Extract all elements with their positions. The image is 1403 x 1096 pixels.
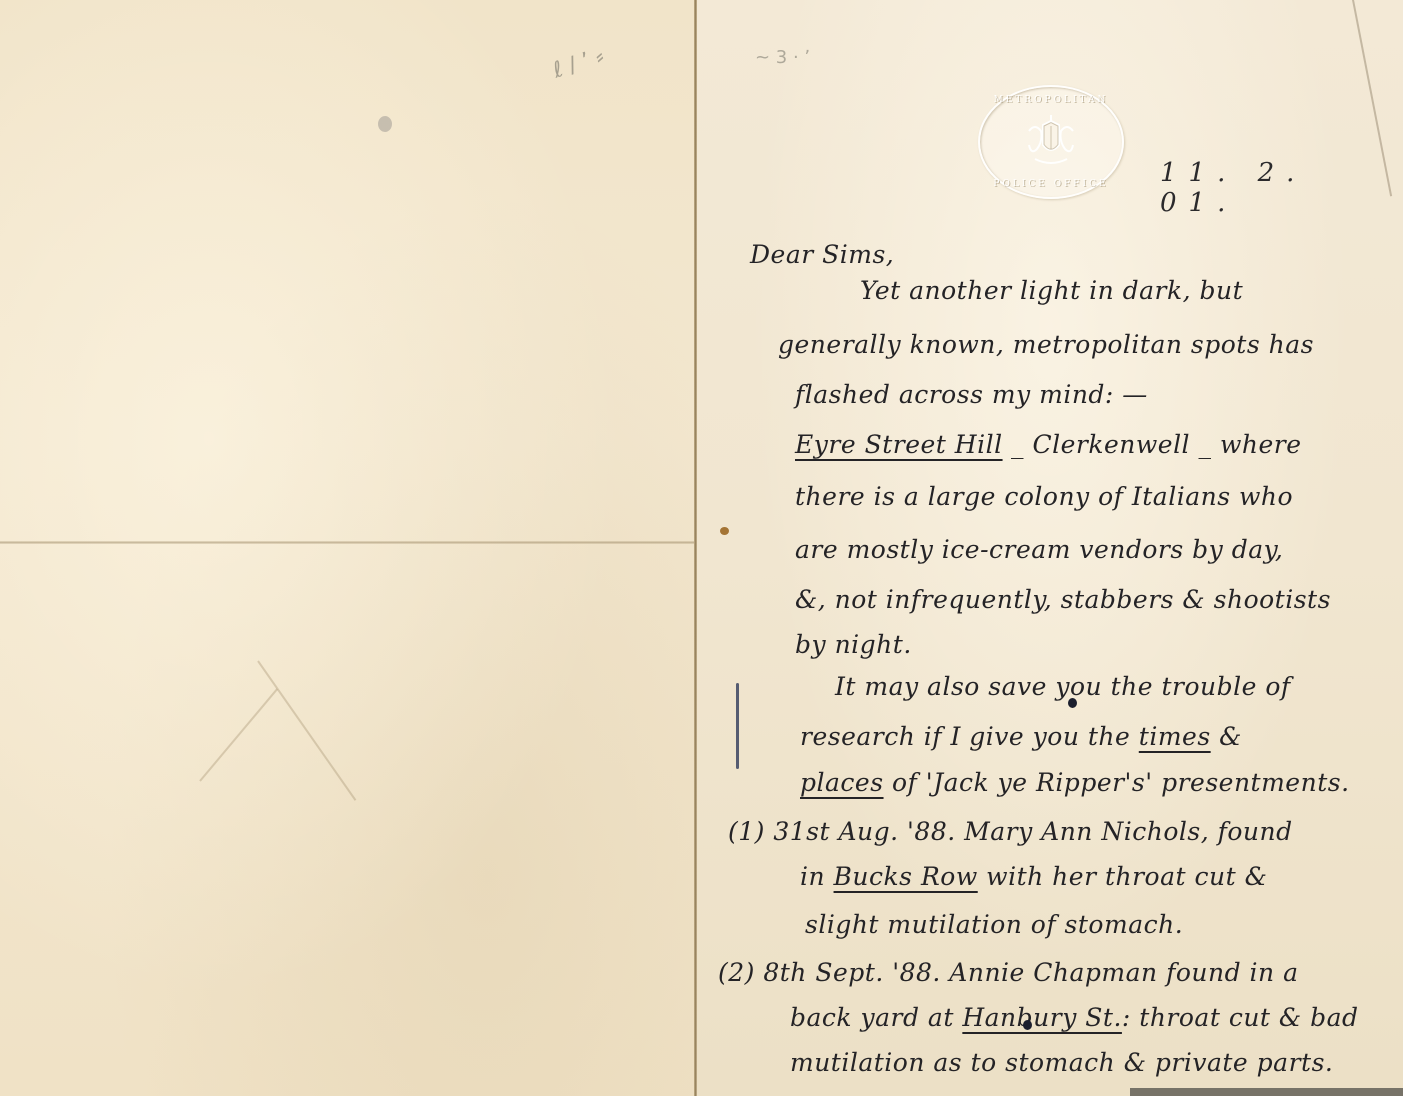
letter-line-11: places of 'Jack ye Ripper's' presentment… — [800, 768, 1350, 797]
letter-line-9: It may also save you the trouble of — [835, 672, 1291, 701]
embossed-seal: METROPOLITAN POLICE OFFICE — [978, 85, 1124, 199]
left-page: ℓ ∕ ʼ ⸗ — [0, 0, 696, 1096]
underlined-place: Bucks Row — [834, 862, 978, 891]
letter-line-4: Eyre Street Hill _ Clerkenwell _ where — [795, 430, 1302, 459]
margin-mark — [736, 683, 739, 769]
letter-line-15: (2) 8th Sept. '88. Annie Chapman found i… — [718, 958, 1299, 987]
underlined-place: Hanbury St. — [962, 1003, 1122, 1032]
ink-smudge — [378, 116, 392, 132]
crease-line — [199, 688, 278, 781]
letter-date: 11. 2. 01. — [1160, 158, 1403, 218]
letter-line-17: mutilation as to stomach & private parts… — [790, 1048, 1333, 1077]
underlined-place: Eyre Street Hill — [795, 430, 1003, 459]
underlined-word: times — [1139, 722, 1211, 751]
letter-line-8: by night. — [795, 630, 912, 659]
seal-top-text: METROPOLITAN — [980, 95, 1122, 105]
scan-edge-shadow — [1130, 1088, 1403, 1096]
letter-line-2: generally known, metropolitan spots has — [778, 330, 1314, 359]
crease-line — [257, 660, 356, 800]
pencil-marks: ℓ ∕ ʼ ⸗ — [549, 31, 671, 198]
ink-blot — [1023, 1020, 1032, 1030]
letter-line-12: (1) 31st Aug. '88. Mary Ann Nichols, fou… — [728, 817, 1293, 846]
letter-line-6: are mostly ice-cream vendors by day, — [795, 535, 1283, 564]
pencil-marks-right: ~ 3 · ʼ — [755, 40, 825, 190]
seal-bottom-text: POLICE OFFICE — [980, 179, 1122, 189]
letter-line-13: in Bucks Row with her throat cut & — [800, 862, 1267, 891]
letter-line-3: flashed across my mind: — — [795, 380, 1148, 409]
letter-line-14: slight mutilation of stomach. — [805, 910, 1183, 939]
letter-line-10: research if I give you the times & — [800, 722, 1242, 751]
letter-line-16: back yard at Hanbury St.: throat cut & b… — [790, 1003, 1359, 1032]
letter-line-5: there is a large colony of Italians who — [795, 482, 1293, 511]
rust-spot — [720, 527, 729, 535]
letter-line-1: Yet another light in dark, but — [860, 276, 1243, 305]
salutation: Dear Sims, — [750, 240, 894, 269]
letter-line-7: &, not infrequently, stabbers & shootist… — [795, 585, 1331, 614]
crest-icon — [1021, 111, 1081, 169]
horizontal-fold — [0, 541, 694, 544]
underlined-word: places — [800, 768, 884, 797]
ink-blot — [1068, 698, 1077, 708]
